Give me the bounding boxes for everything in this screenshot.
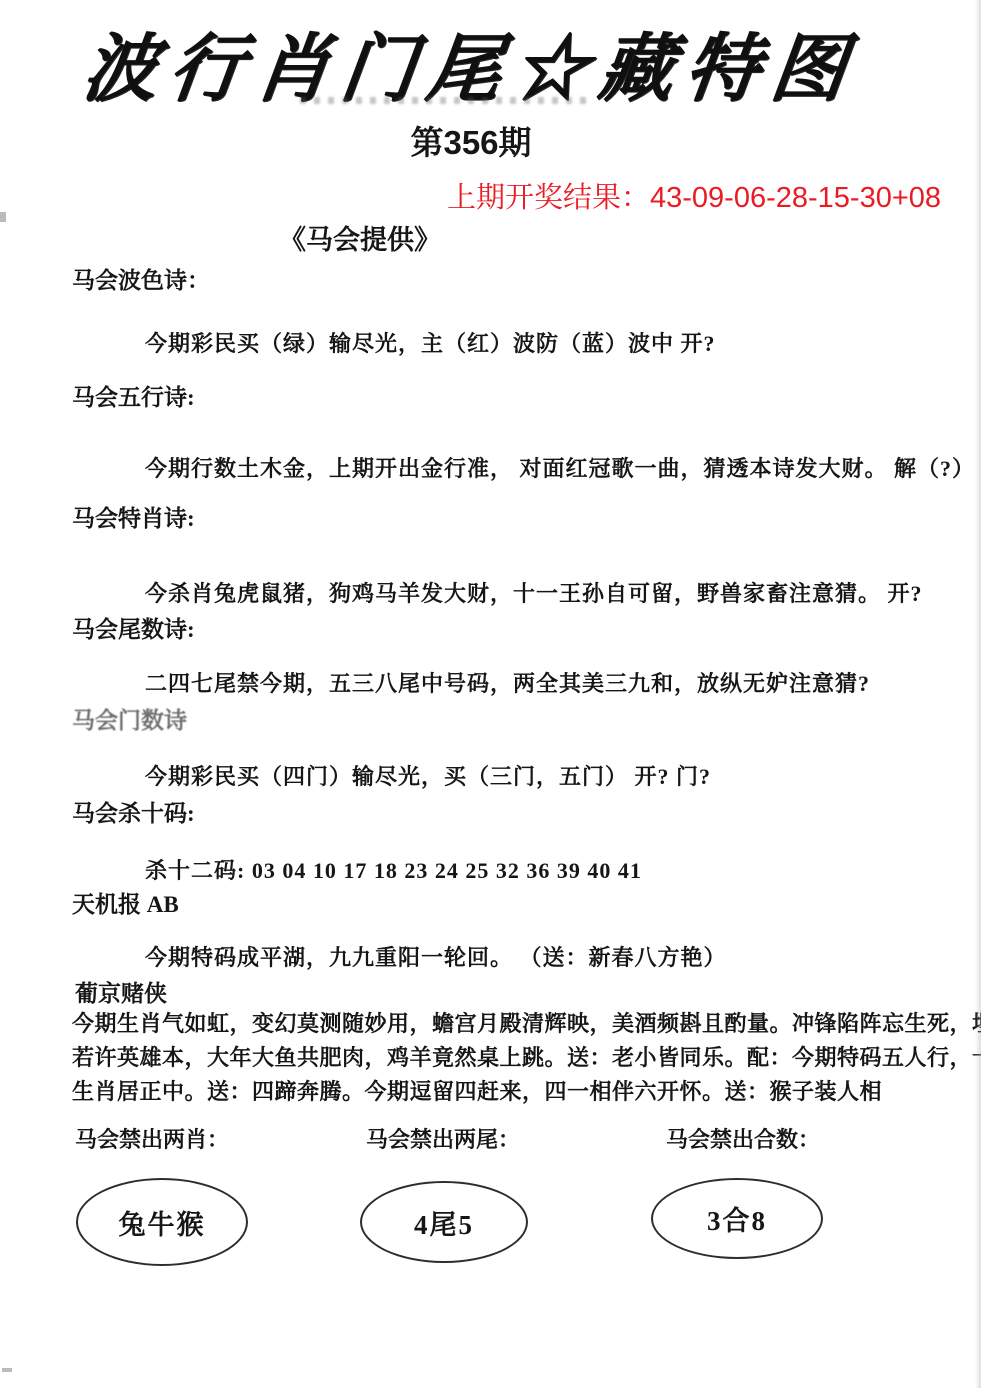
section-label-bose: 马会波色诗： — [72, 262, 210, 295]
tip-sheet-page: 波行肖门尾☆藏特图 第356期 上期开奖结果：43-09-06-28-15-30… — [0, 0, 981, 1388]
last-draw-result: 上期开奖结果：43-09-06-28-15-30+08 — [447, 175, 941, 216]
section-label-shashima: 马会杀十码: — [72, 795, 195, 828]
scan-speck — [0, 212, 6, 222]
section-poem-kill-numbers: 杀十二码: 03 04 10 17 18 23 24 25 32 36 39 4… — [145, 854, 642, 885]
section-poem-weishu: 二四七尾禁今期，五三八尾中号码，两全其美三九和，放纵无妒注意猜? — [145, 667, 870, 698]
section-poem-menshu: 今期彩民买（四门）输尽光，买（三门，五门） 开? 门? — [145, 760, 711, 791]
section-poem-bose: 今期彩民买（绿）输尽光，主（红）波防（蓝）波中 开? — [145, 327, 716, 358]
pujing-heading: 葡京赌侠 — [75, 975, 167, 1008]
provider-heading: 《马会提供》 — [279, 218, 441, 257]
scan-smudge — [300, 97, 590, 104]
forbidden-zodiac-label: 马会禁出两肖： — [75, 1123, 229, 1154]
section-poem-tianjibao: 今期特码成平湖，九九重阳一轮回。 （送：新春八方艳） — [145, 941, 727, 972]
issue-number: 第356期 — [0, 117, 942, 164]
forbidden-sum-ellipse: 3合8 — [651, 1178, 823, 1259]
last-draw-result-numbers: 43-09-06-28-15-30+08 — [650, 182, 941, 214]
scan-edge — [975, 0, 981, 1388]
forbidden-tail-ellipse: 4尾5 — [360, 1181, 528, 1263]
pujing-line-1: 今期生肖气如虹，变幻莫测随妙用，蟾宫月殿清辉映，美酒频斟且酌量。冲锋陷阵忘生死，… — [72, 1007, 981, 1038]
forbidden-tail-value: 4尾5 — [414, 1203, 474, 1242]
section-label-tianjibao: 天机报 AB — [72, 886, 179, 919]
section-label-texiao: 马会特肖诗: — [72, 500, 195, 533]
last-draw-result-label: 上期开奖结果： — [447, 182, 650, 214]
forbidden-sum-value: 3合8 — [707, 1199, 767, 1238]
forbidden-tail-label: 马会禁出两尾： — [366, 1123, 520, 1154]
section-label-menshu: 马会门数诗 — [72, 702, 187, 735]
pujing-line-2: 若许英雄本，大年大鱼共肥肉，鸡羊竟然桌上跳。送：老小皆同乐。配：今期特码五人行，… — [72, 1041, 981, 1072]
forbidden-zodiac-ellipse: 兔牛猴 — [76, 1178, 248, 1266]
scan-speck — [2, 1368, 12, 1372]
forbidden-sum-label: 马会禁出合数： — [666, 1123, 820, 1154]
section-poem-texiao: 今杀肖兔虎鼠猪，狗鸡马羊发大财，十一王孙自可留，野兽家畜注意猜。 开? — [145, 577, 923, 608]
section-label-weishu: 马会尾数诗: — [72, 611, 195, 644]
pujing-line-3: 生肖居正中。送：四蹄奔腾。今期逗留四赶来，四一相伴六开怀。送：猴子装人相 — [72, 1075, 882, 1106]
forbidden-zodiac-value: 兔牛猴 — [119, 1203, 206, 1242]
section-label-wuxing: 马会五行诗: — [72, 379, 195, 412]
section-poem-wuxing: 今期行数土木金，上期开出金行准， 对面红冠歌一曲，猜透本诗发大财。 解（?） — [145, 452, 975, 483]
